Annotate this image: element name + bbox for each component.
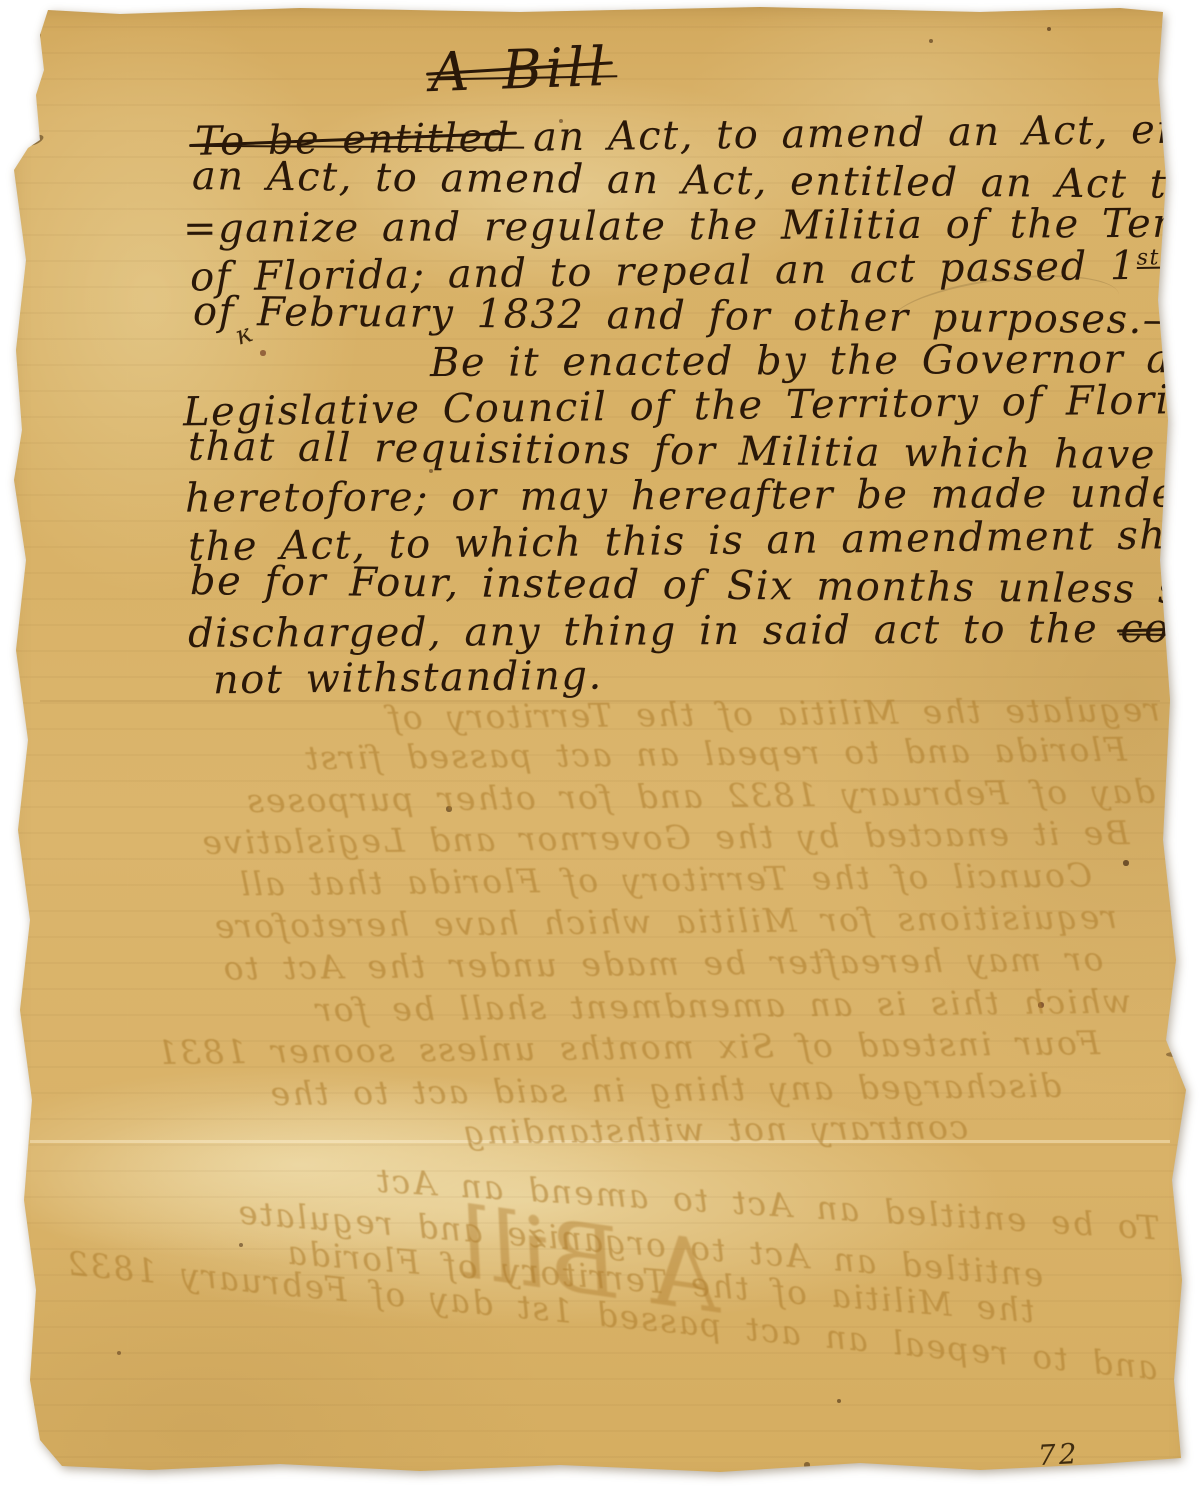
paper-shadow-wrap: A Bill To be entitled an Act, to amend a…	[0, 0, 1200, 1493]
edge-vignette	[0, 0, 1200, 1493]
manuscript-page: A Bill To be entitled an Act, to amend a…	[0, 0, 1200, 1493]
scanned-document: A Bill To be entitled an Act, to amend a…	[0, 0, 1200, 1493]
ink-specks	[0, 0, 2, 2]
